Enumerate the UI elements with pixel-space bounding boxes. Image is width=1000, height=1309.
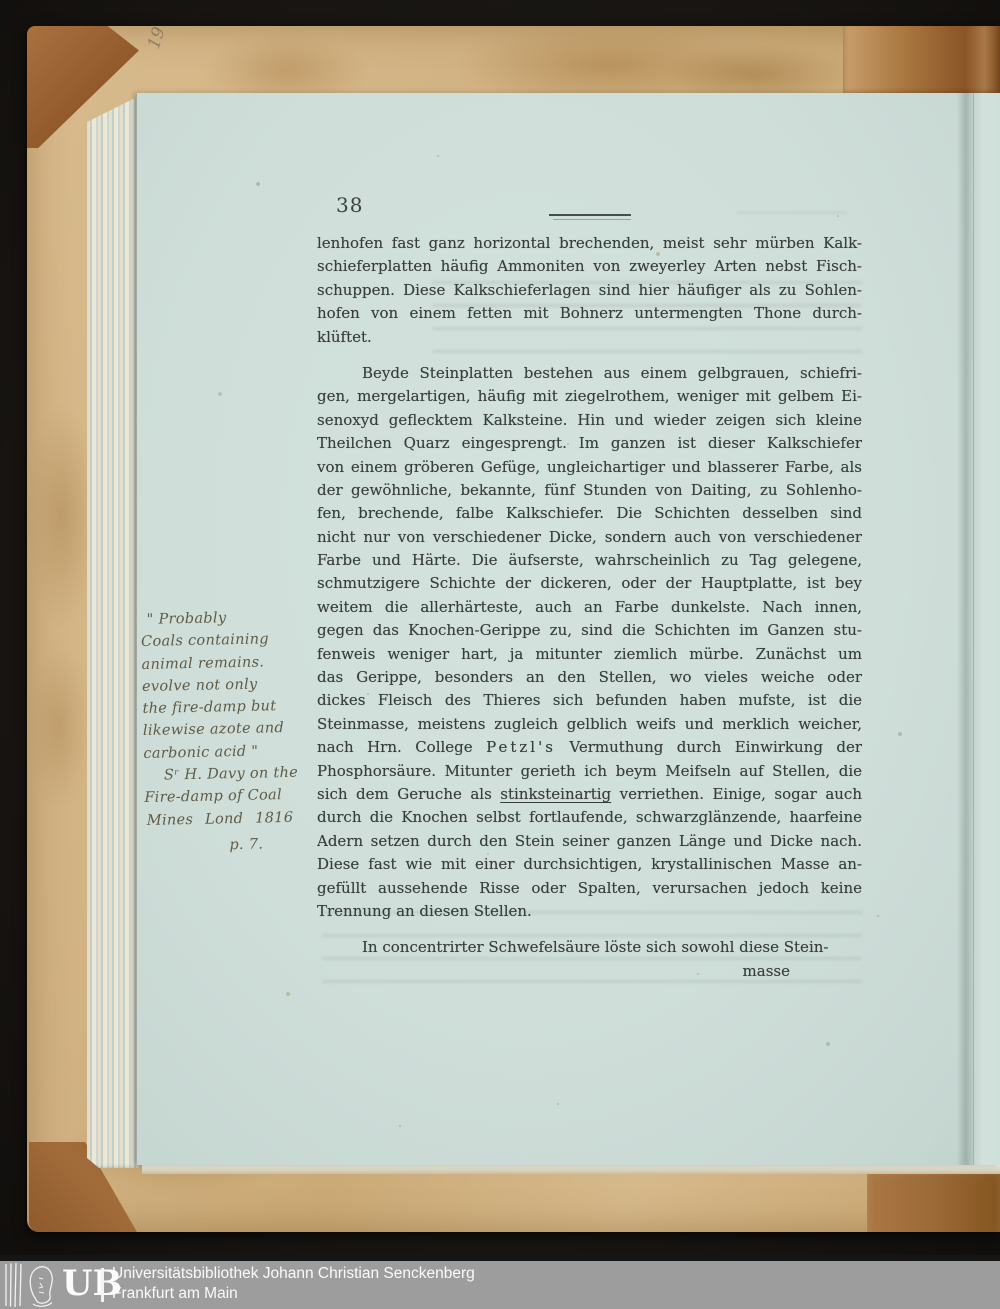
cover-stain [29, 646, 89, 806]
text-line: gefüllt aussehende Risse oder Spalten, v… [317, 877, 862, 900]
text-line: der gewöhnliche, bekannte, fünf Stunden … [317, 479, 862, 502]
banner-top-border [0, 1255, 1000, 1261]
gutter-crease [957, 93, 973, 1165]
text-line: schuppen. Diese Kalkschieferlagen sind h… [317, 279, 862, 302]
leather-spine-top-right [843, 26, 1000, 98]
text-line: durch die Knochen selbst fortlaufende, s… [317, 806, 862, 829]
text-line: sich dem Geruche als stinksteinartig ver… [317, 783, 862, 806]
text-line: Diese fast wie mit einer durchsichtigen,… [317, 853, 862, 876]
library-name-line2: Frankfurt am Main [112, 1284, 475, 1304]
paragraph: In concentrirter Schwefelsäure löste sic… [317, 936, 862, 959]
paper-speckles [137, 93, 139, 95]
library-name-line1: Universitätsbibliothek Johann Christian … [112, 1264, 475, 1284]
library-banner: UB Universitätsbibliothek Johann Christi… [0, 1255, 1000, 1309]
book-page: 38 lenhofen fast ganz horizontal brechen… [137, 93, 1000, 1165]
printed-text: lenhofen fast ganz horizontal brechenden… [317, 232, 862, 983]
marginalia-line: p. 7. [229, 832, 335, 857]
text-line: dickes Fleisch des Thieres sich befunden… [317, 689, 862, 712]
text-line: schmutzigere Schichte der dickeren, oder… [317, 572, 862, 595]
text-line: fen, brechende, falbe Kalkschiefer. Die … [317, 502, 862, 525]
text-line: lenhofen fast ganz horizontal brechenden… [317, 232, 862, 255]
text-line: Steinmasse, meistens zugleich gelblich w… [317, 713, 862, 736]
text-line: gegen das Knochen-Gerippe zu, sind die S… [317, 619, 862, 642]
text-line: Trennung an diesen Stellen. [317, 900, 862, 923]
text-line: senoxyd geflecktem Kalksteine. Hin und w… [317, 409, 862, 432]
text-line: klüftet. [317, 326, 862, 349]
library-name: Universitätsbibliothek Johann Christian … [112, 1264, 475, 1304]
text-line: gen, mergelartigen, häufig mit ziegelrot… [317, 385, 862, 408]
scanner-background: 19 38 lenhofen fast ganz horizontal brec… [0, 0, 1000, 1309]
text-line: nicht nur von verschiedener Dicke, sonde… [317, 526, 862, 549]
catchword: masse [317, 960, 862, 983]
logo-separator [101, 1268, 104, 1302]
text-line: Theilchen Quarz eingesprengt. Im ganzen … [317, 432, 862, 455]
paragraph: lenhofen fast ganz horizontal brechenden… [317, 232, 862, 349]
facing-page-edge [973, 93, 1000, 1165]
handwritten-marginalia: " ProbablyCoals containinganimal remains… [140, 605, 335, 858]
leather-corner-bottom-right [867, 1166, 1000, 1232]
page-number: 38 [336, 193, 363, 217]
cover-stain [27, 406, 97, 626]
text-line: Farbe und Härte. Die äufserste, wahrsche… [317, 549, 862, 572]
text-line: Adern setzen durch den Stein seiner ganz… [317, 830, 862, 853]
text-line: von einem gröberen Gefüge, ungleichartig… [317, 456, 862, 479]
text-line: Phosphorsäure. Mitunter gerieth ich beym… [317, 760, 862, 783]
text-line: schieferplatten häufig Ammoniten von zwe… [317, 255, 862, 278]
page-bottom-edges [142, 1164, 1000, 1174]
page-stack-edges [87, 96, 139, 1168]
text-line: das Gerippe, besonders an den Stellen, w… [317, 666, 862, 689]
text-line: nach Hrn. College Petzl's Vermuthung dur… [317, 736, 862, 759]
text-line: hofen von einem fetten mit Bohnerz unter… [317, 302, 862, 325]
text-line: weitem die allerhärteste, auch an Farbe … [317, 596, 862, 619]
text-line: fenweis weniger hart, ja mitunter ziemli… [317, 643, 862, 666]
text-line: Beyde Steinplatten bestehen aus einem ge… [317, 362, 862, 385]
ink-bleedthrough [737, 211, 847, 229]
goethe-portrait-icon [3, 1262, 63, 1308]
text-line: In concentrirter Schwefelsäure löste sic… [317, 936, 862, 959]
marginalia-line: Mines Lond 1816 [147, 806, 335, 832]
header-rule [549, 214, 631, 216]
paragraph: Beyde Steinplatten bestehen aus einem ge… [317, 362, 862, 923]
